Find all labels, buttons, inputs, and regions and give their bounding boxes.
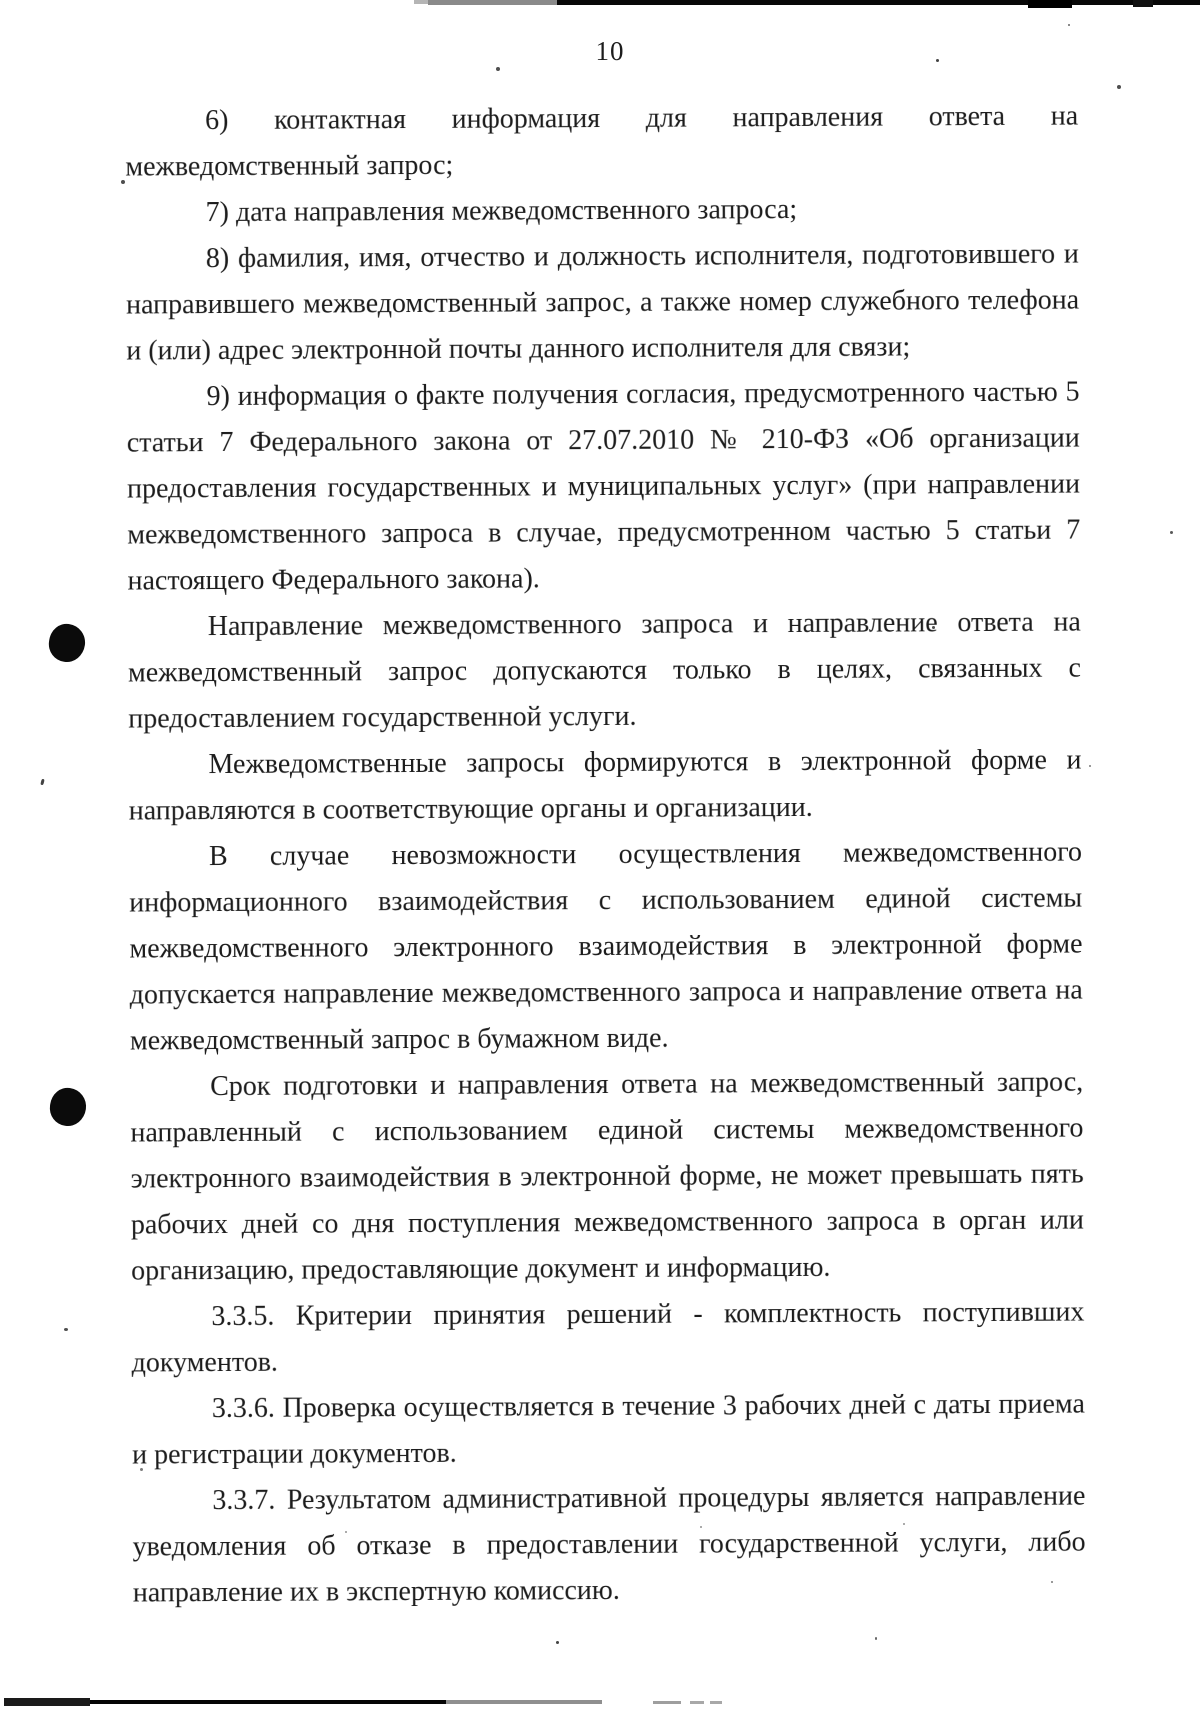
scan-speck (121, 180, 125, 184)
scan-artifact-bottom-bar (710, 1701, 722, 1704)
paragraph-item-9: 9) информация о факте получения согласия… (126, 370, 1080, 605)
paragraph-body: Направление межведомственного запроса и … (128, 599, 1082, 742)
scan-speck (1089, 765, 1091, 767)
scan-artifact-bottom-bar (690, 1701, 704, 1704)
scan-artifact-top-bar (428, 0, 558, 5)
scan-speck (64, 1328, 68, 1331)
scan-speck (40, 779, 44, 786)
scan-artifact-top-bar (414, 0, 430, 4)
scanned-document-page: 10 6) контактная информация для направле… (0, 0, 1200, 1710)
paragraph-body: В случае невозможности осуществления меж… (129, 829, 1083, 1064)
hole-punch-mark (48, 1086, 89, 1129)
page-number: 10 (20, 36, 1200, 67)
paragraph-3-3-5: 3.3.5. Критерии принятия решений - компл… (131, 1289, 1084, 1386)
scan-speck (496, 67, 500, 71)
scan-artifact-top-bar (557, 0, 1200, 5)
scan-artifact-top-bar (1028, 0, 1072, 8)
paragraph-3-3-7: 3.3.7. Результатом административной проц… (132, 1473, 1086, 1616)
paragraph-body: Межведомственные запросы формируются в э… (128, 737, 1081, 834)
paragraph-item-7: 7) дата направления межведомственного за… (125, 186, 1078, 237)
scan-artifact-top-bar (1133, 0, 1153, 7)
paragraph-item-8: 8) фамилия, имя, отчество и должность ис… (126, 232, 1080, 375)
scan-speck (556, 1641, 559, 1644)
scan-speck (1170, 531, 1173, 534)
paragraph-item-6: 6) контактная информация для направления… (125, 94, 1078, 191)
paragraph-3-3-6: 3.3.6. Проверка осуществляется в течение… (132, 1381, 1085, 1478)
document-body: 6) контактная информация для направления… (125, 94, 1086, 1617)
scan-artifact-bottom-bar (4, 1698, 90, 1706)
scan-speck (1117, 85, 1121, 89)
scan-artifact-bottom-bar (653, 1701, 681, 1704)
scan-speck (875, 1637, 877, 1640)
scan-artifact-bottom-bar (446, 1700, 602, 1704)
scan-artifact-bottom-bar (90, 1700, 446, 1704)
scan-speck (1068, 24, 1070, 26)
hole-punch-mark (47, 622, 88, 665)
paragraph-body: Срок подготовки и направления ответа на … (130, 1059, 1084, 1294)
